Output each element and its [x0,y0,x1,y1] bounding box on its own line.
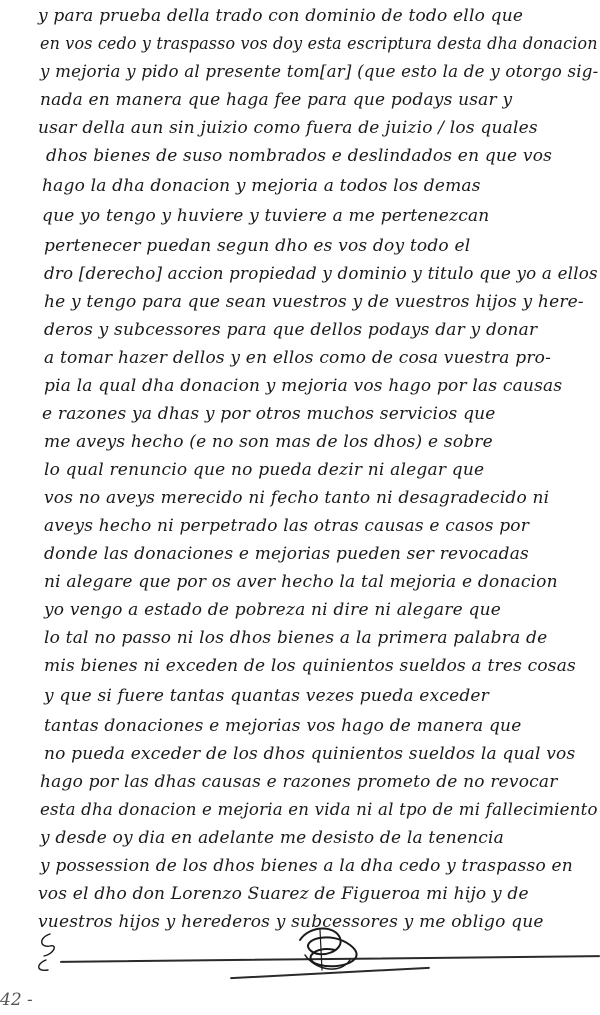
manuscript-line: dhos bienes de suso nombrados e deslinda… [46,146,552,166]
manuscript-line: yo vengo a estado de pobreza ni dire ni … [44,600,501,620]
rubric-flourish-icon [290,920,370,980]
page-number: 42 - [0,990,33,1010]
margin-mark-icon [30,930,70,975]
manuscript-line: vos el dho don Lorenzo Suarez de Figuero… [38,884,529,904]
manuscript-line: pia la qual dha donacion y mejoria vos h… [44,376,562,396]
manuscript-line: ni alegare que por os aver hecho la tal … [44,572,558,592]
manuscript-line: tantas donaciones e mejorias vos hago de… [44,716,521,736]
manuscript-line: vos no aveys merecido ni fecho tanto ni … [44,488,549,508]
manuscript-line: deros y subcessores para que dellos poda… [44,320,537,340]
manuscript-line: lo tal no passo ni los dhos bienes a la … [44,628,547,648]
manuscript-line: usar della aun sin juizio como fuera de … [38,118,538,138]
manuscript-line: y mejoria y pido al presente tom[ar] (qu… [40,62,598,82]
manuscript-line: y desde oy dia en adelante me desisto de… [40,828,504,848]
manuscript-line: aveys hecho ni perpetrado las otras caus… [44,516,529,536]
manuscript-line: que yo tengo y huviere y tuviere a me pe… [42,206,489,226]
manuscript-line: donde las donaciones e mejorias pueden s… [44,544,529,564]
manuscript-line: mis bienes ni exceden de los quinientos … [44,656,576,676]
manuscript-line: en vos cedo y traspasso vos doy esta esc… [40,34,598,54]
manuscript-line: nada en manera que haga fee para que pod… [40,90,512,110]
manuscript-line: esta dha donacion e mejoria en vida ni a… [40,800,598,820]
manuscript-line: lo qual renuncio que no pueda dezir ni a… [44,460,484,480]
manuscript-line: hago la dha donacion y mejoria a todos l… [42,176,481,196]
manuscript-page: y para prueba della trado con dominio de… [0,0,600,1015]
manuscript-line: pertenecer puedan segun dho es vos doy t… [44,236,470,256]
manuscript-line: a tomar hazer dellos y en ellos como de … [44,348,551,368]
manuscript-line: y que si fuere tantas quantas vezes pued… [44,686,489,706]
manuscript-line: no pueda exceder de los dhos quinientos … [44,744,575,764]
manuscript-line: me aveys hecho (e no son mas de los dhos… [44,432,493,452]
manuscript-line: e razones ya dhas y por otros muchos ser… [42,404,496,424]
manuscript-line: he y tengo para que sean vuestros y de v… [44,292,584,312]
manuscript-line: y possession de los dhos bienes a la dha… [40,856,573,876]
manuscript-line: hago por las dhas causas e razones prome… [40,772,558,792]
manuscript-line: dro [derecho] accion propiedad y dominio… [44,264,598,284]
manuscript-line: y para prueba della trado con dominio de… [38,6,523,26]
